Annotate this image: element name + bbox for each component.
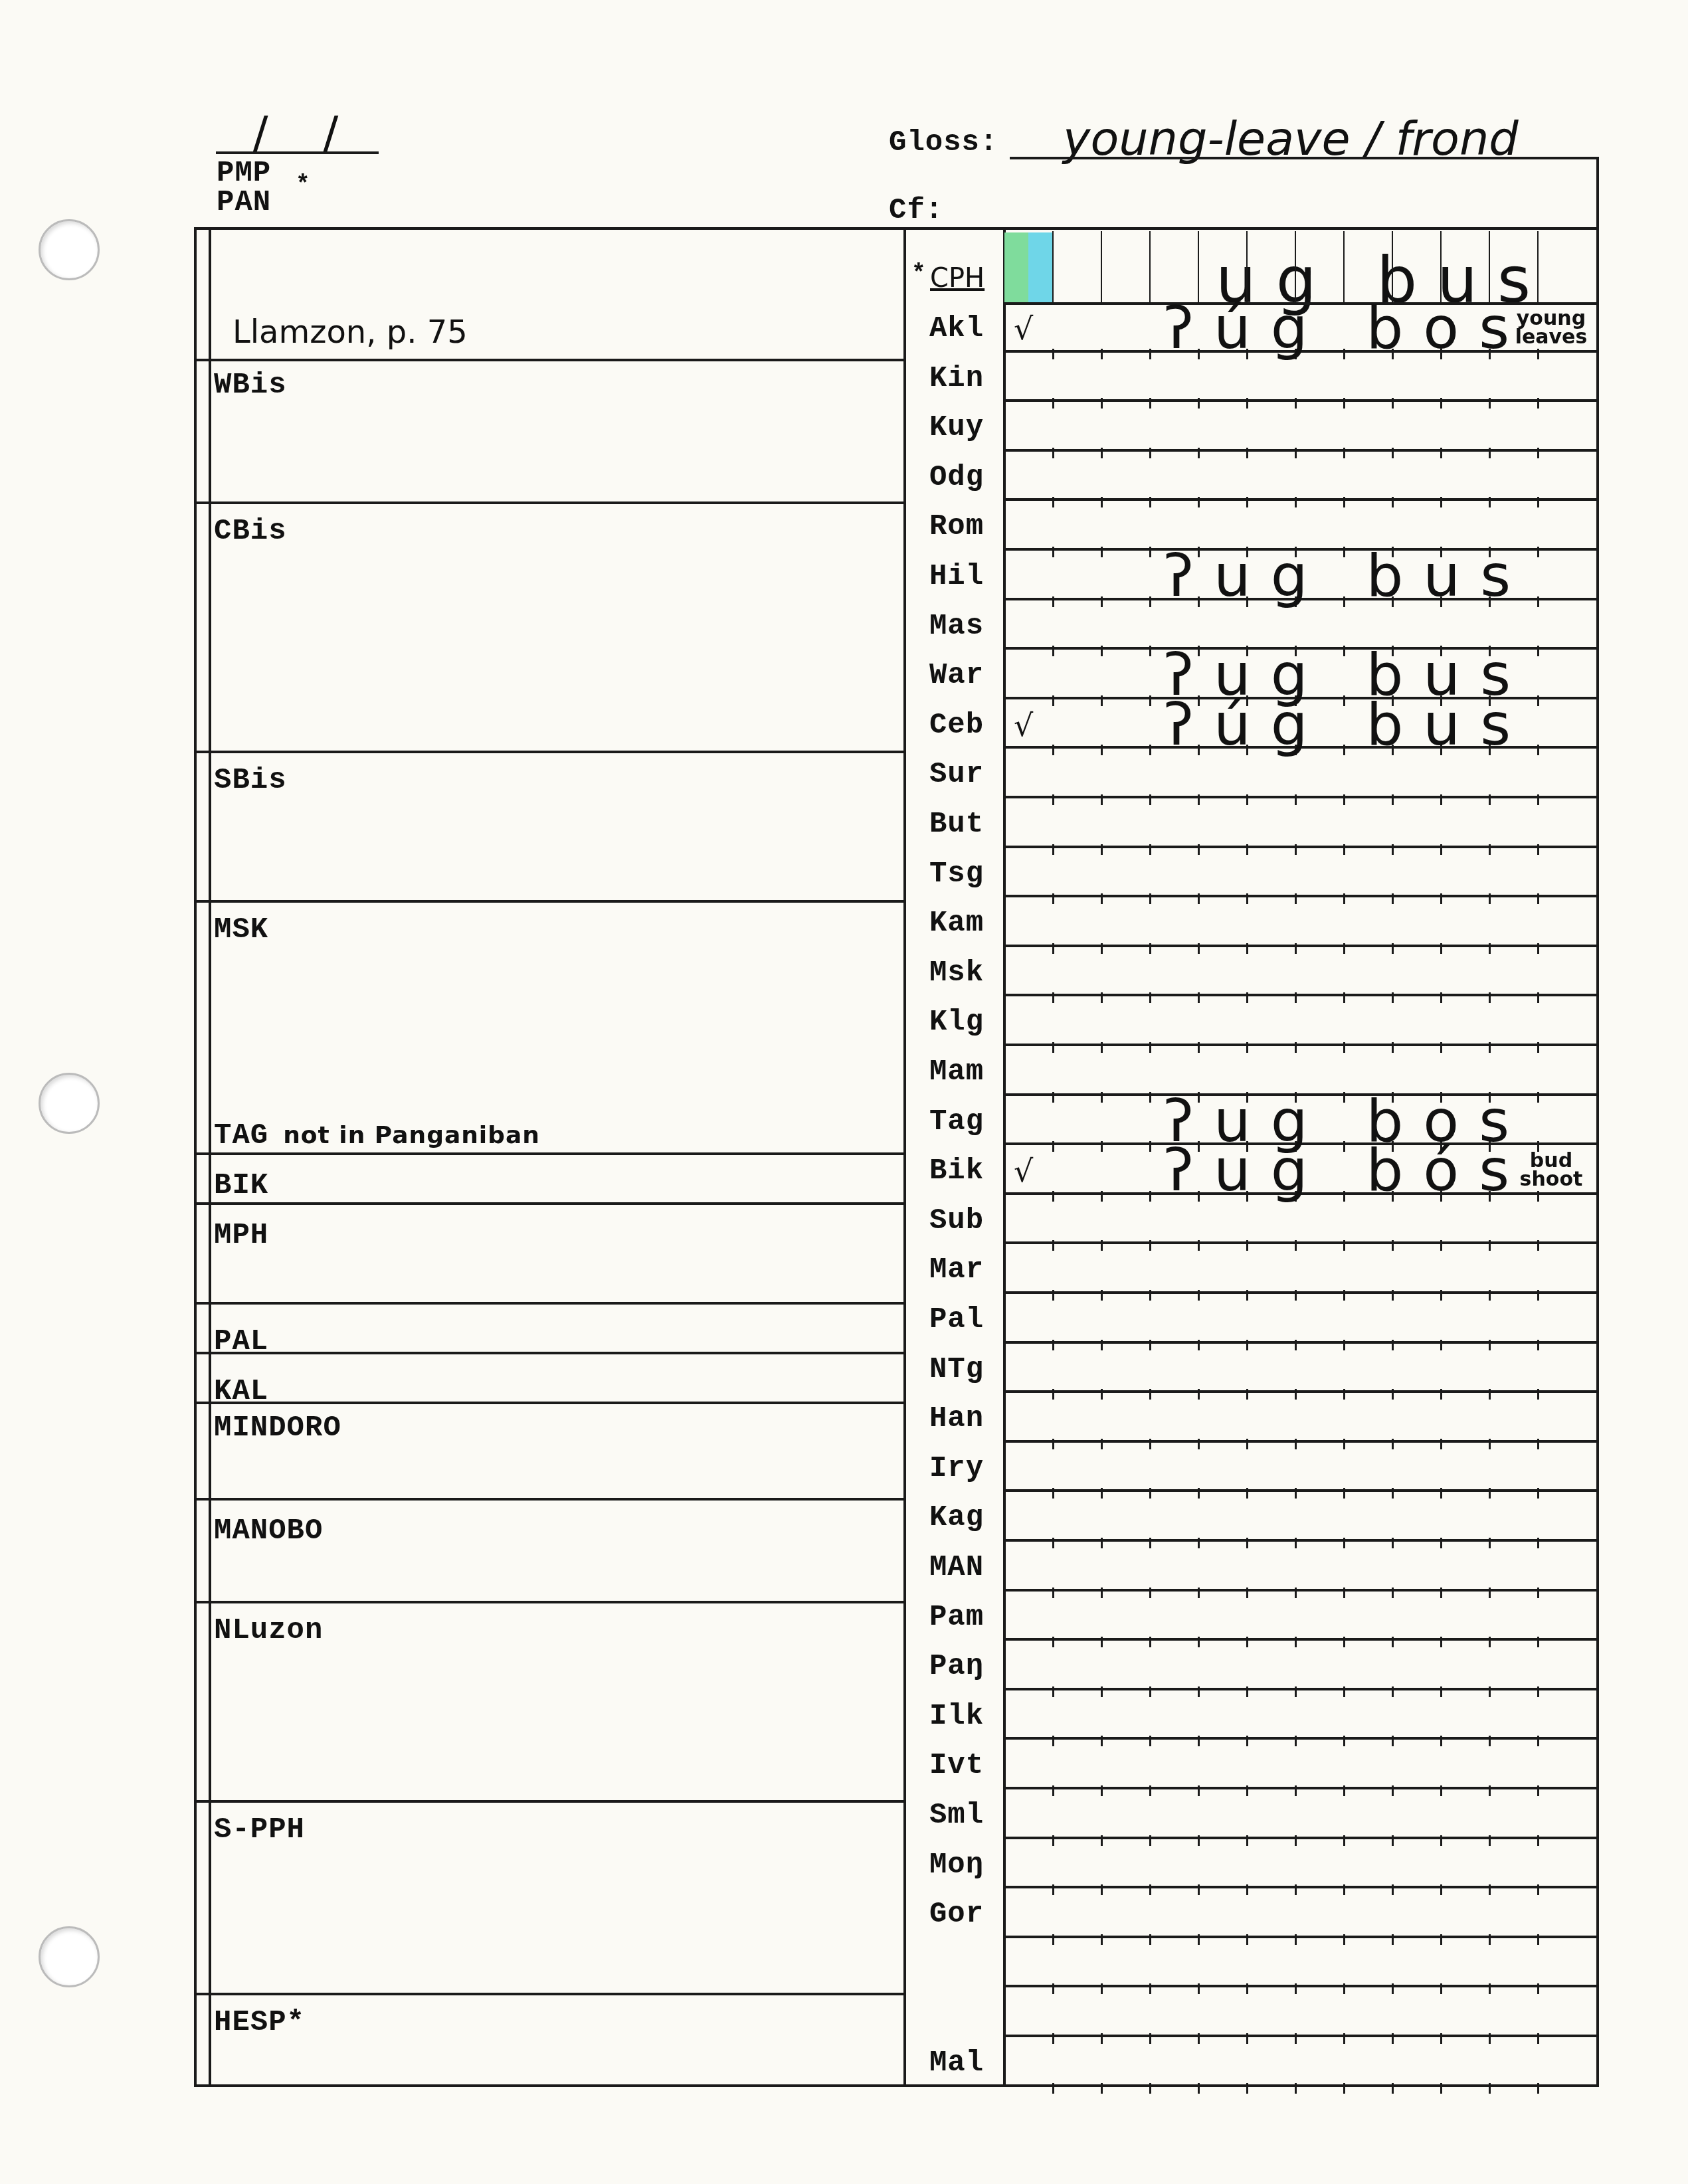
tick-mark	[1246, 497, 1248, 507]
tick-mark	[1537, 596, 1539, 607]
tick-mark	[1489, 1240, 1491, 1251]
entry-line[interactable]	[1003, 1638, 1598, 1641]
pmp-label: PMP	[217, 157, 271, 190]
group-divider	[194, 1302, 905, 1305]
tick-mark	[1295, 1934, 1297, 1945]
tick-mark	[1489, 1983, 1491, 1994]
tick-mark	[1295, 497, 1297, 507]
tick-mark	[1489, 1884, 1491, 1895]
tick-mark	[1101, 794, 1103, 805]
tick-mark	[1537, 893, 1539, 904]
group-label-kal: KAL	[214, 1375, 268, 1408]
tick-mark	[1343, 1686, 1345, 1697]
entry-line[interactable]	[1003, 1688, 1598, 1690]
tick-mark	[1440, 1637, 1442, 1647]
tick-mark	[1489, 497, 1491, 507]
tick-mark	[1101, 1290, 1103, 1301]
entry-line[interactable]	[1003, 1837, 1598, 1839]
tick-mark	[1489, 1588, 1491, 1598]
group-label-cbis: CBis	[214, 515, 287, 548]
tick-mark	[1392, 1686, 1394, 1697]
lang-label-odg: Odg	[903, 461, 1010, 494]
source-note: Llamzon, p. 75	[233, 314, 468, 351]
tick-mark	[1489, 1439, 1491, 1449]
tick-mark	[1101, 1538, 1103, 1548]
entry-line[interactable]	[1003, 1489, 1598, 1492]
tick-mark	[1052, 1588, 1054, 1598]
tick-mark	[1537, 844, 1539, 855]
tick-mark	[1149, 1141, 1151, 1152]
lang-label-mas: Mas	[903, 610, 1010, 643]
tick-mark	[1440, 1934, 1442, 1945]
tick-mark	[1343, 497, 1345, 507]
entry-line[interactable]	[1003, 1936, 1598, 1938]
reflex-form[interactable]: ʔúg bos	[1164, 294, 1529, 362]
cell-divider	[1392, 231, 1393, 303]
entry-line[interactable]	[1003, 1291, 1598, 1294]
lang-label-han: Han	[903, 1402, 1010, 1435]
tick-mark	[1343, 1835, 1345, 1846]
tick-mark	[1101, 1588, 1103, 1598]
tick-mark	[1149, 1983, 1151, 1994]
tick-mark	[1440, 1389, 1442, 1400]
tick-mark	[1440, 1736, 1442, 1746]
cell-divider	[1246, 231, 1248, 303]
tick-mark	[1537, 695, 1539, 706]
tick-mark	[1295, 1884, 1297, 1895]
tick-mark	[1440, 448, 1442, 458]
tick-mark	[1392, 1736, 1394, 1746]
tick-mark	[1052, 943, 1054, 954]
group-label-nluzon: NLuzon	[214, 1614, 323, 1647]
tick-mark	[1149, 1092, 1151, 1103]
entry-line[interactable]	[1003, 399, 1598, 402]
tick-mark	[1295, 1588, 1297, 1598]
tick-mark	[1052, 1092, 1054, 1103]
tick-mark	[1537, 2083, 1539, 2094]
tick-mark	[1101, 1240, 1103, 1251]
cell-divider	[1295, 231, 1296, 303]
tick-mark	[1149, 497, 1151, 507]
entry-line[interactable]	[1003, 2035, 1598, 2037]
tick-mark	[1295, 2033, 1297, 2044]
tick-mark	[1343, 2083, 1345, 2094]
entry-line[interactable]	[1003, 945, 1598, 947]
tick-mark	[1149, 1785, 1151, 1796]
tick-mark	[1198, 1439, 1200, 1449]
tick-mark	[1246, 2033, 1248, 2044]
tick-mark	[1343, 1290, 1345, 1301]
tick-mark	[1537, 1191, 1539, 1202]
tick-mark	[1537, 1290, 1539, 1301]
group-divider	[194, 1352, 905, 1354]
tick-mark	[1440, 794, 1442, 805]
entry-line[interactable]	[1003, 1341, 1598, 1344]
tick-mark	[1052, 1785, 1054, 1796]
lang-label-gor: Gor	[903, 1898, 1010, 1931]
tick-mark	[1246, 1785, 1248, 1796]
tick-mark	[1343, 1439, 1345, 1449]
entry-line[interactable]	[1003, 1737, 1598, 1740]
tick-mark	[1052, 1439, 1054, 1449]
tick-mark	[1246, 398, 1248, 409]
tick-mark	[1052, 2083, 1054, 2094]
tick-mark	[1392, 1637, 1394, 1647]
group-divider	[194, 900, 905, 903]
tick-mark	[1149, 1538, 1151, 1548]
tick-mark	[1537, 1686, 1539, 1697]
tick-mark	[1343, 1785, 1345, 1796]
tick-mark	[1246, 1835, 1248, 1846]
lang-label-man: MAN	[903, 1551, 1010, 1584]
lang-label-iry: Iry	[903, 1452, 1010, 1485]
tick-mark	[1295, 1488, 1297, 1499]
entry-line[interactable]	[1003, 1241, 1598, 1244]
tick-mark	[1052, 398, 1054, 409]
cell-divider	[1149, 231, 1151, 303]
tick-mark	[1537, 992, 1539, 1003]
tick-mark	[1392, 794, 1394, 805]
entry-line[interactable]	[1003, 796, 1598, 798]
group-label-msk: MSK	[214, 913, 268, 947]
gloss-underline	[1010, 157, 1598, 159]
tick-mark	[1246, 1736, 1248, 1746]
tick-mark	[1101, 2033, 1103, 2044]
tick-mark	[1295, 943, 1297, 954]
tick-mark	[1343, 943, 1345, 954]
lang-label-kin: Kin	[903, 362, 1010, 395]
tick-mark	[1537, 745, 1539, 755]
group-divider	[194, 1152, 905, 1155]
tick-mark	[1246, 992, 1248, 1003]
entry-line[interactable]	[1003, 895, 1598, 897]
tick-mark	[1101, 992, 1103, 1003]
lang-label-akl: Akl	[903, 312, 1010, 345]
tick-mark	[1149, 1637, 1151, 1647]
tick-mark	[1052, 1042, 1054, 1053]
tick-mark	[1343, 398, 1345, 409]
tick-mark	[1537, 1340, 1539, 1350]
tick-mark	[1101, 349, 1103, 359]
lang-label-ivt: Ivt	[903, 1749, 1010, 1782]
lang-label-mam: Mam	[903, 1055, 1010, 1089]
tick-mark	[1052, 745, 1054, 755]
entry-line[interactable]	[1003, 846, 1598, 848]
tick-mark	[1101, 1389, 1103, 1400]
tick-mark	[1198, 1884, 1200, 1895]
tick-mark	[1101, 1934, 1103, 1945]
tick-mark	[1198, 1637, 1200, 1647]
cell-divider	[1052, 231, 1054, 303]
tick-mark	[1537, 2033, 1539, 2044]
tick-mark	[1101, 448, 1103, 458]
tick-mark	[1392, 1884, 1394, 1895]
gloss-label: Gloss:	[889, 126, 998, 159]
tick-mark	[1198, 1389, 1200, 1400]
tick-mark	[1149, 1488, 1151, 1499]
tick-mark	[1149, 1835, 1151, 1846]
entry-line[interactable]	[1003, 1539, 1598, 1542]
proto-label: CPH	[930, 263, 985, 294]
cell-divider	[1343, 231, 1345, 303]
tick-mark	[1343, 1934, 1345, 1945]
tick-mark	[1198, 1240, 1200, 1251]
tick-mark	[1246, 794, 1248, 805]
tick-mark	[1295, 1538, 1297, 1548]
tick-mark	[1295, 1290, 1297, 1301]
tick-mark	[1392, 1785, 1394, 1796]
binder-hole	[39, 1073, 100, 1134]
tick-mark	[1343, 1983, 1345, 1994]
tick-mark	[1343, 1488, 1345, 1499]
tick-mark	[1392, 1488, 1394, 1499]
tick-mark	[1295, 1439, 1297, 1449]
tick-mark	[1537, 943, 1539, 954]
lang-label-tsg: Tsg	[903, 858, 1010, 891]
tick-mark	[1149, 1191, 1151, 1202]
tick-mark	[1343, 1240, 1345, 1251]
tick-mark	[1052, 1934, 1054, 1945]
tick-mark	[1537, 448, 1539, 458]
tick-mark	[1392, 2033, 1394, 2044]
tick-mark	[1246, 1290, 1248, 1301]
tick-mark	[1537, 1785, 1539, 1796]
lang-label-ceb: Ceb	[903, 709, 1010, 742]
tick-mark	[1295, 844, 1297, 855]
tick-mark	[1198, 1736, 1200, 1746]
group-divider	[194, 751, 905, 753]
tick-mark	[1149, 893, 1151, 904]
tick-mark	[1440, 992, 1442, 1003]
binder-hole	[39, 1926, 100, 1987]
group-divider	[194, 1993, 905, 1995]
tick-mark	[1295, 794, 1297, 805]
tick-mark	[1489, 1835, 1491, 1846]
reflex-form[interactable]: ʔúg bus	[1164, 690, 1531, 759]
tick-mark	[1052, 1240, 1054, 1251]
tick-mark	[1489, 398, 1491, 409]
tick-mark	[1101, 844, 1103, 855]
tick-mark	[1440, 2033, 1442, 2044]
entry-line[interactable]	[1003, 1985, 1598, 1987]
tick-mark	[1537, 1042, 1539, 1053]
tick-mark	[1392, 1934, 1394, 1945]
lang-label-kuy: Kuy	[903, 411, 1010, 444]
tick-mark	[1101, 1439, 1103, 1449]
tick-mark	[1537, 794, 1539, 805]
tick-mark	[1246, 1588, 1248, 1598]
tick-mark	[1101, 1983, 1103, 1994]
tick-mark	[1101, 1884, 1103, 1895]
entry-line[interactable]	[1003, 498, 1598, 501]
right-border-top	[1596, 157, 1599, 231]
tick-mark	[1537, 1736, 1539, 1746]
tick-mark	[1149, 695, 1151, 706]
lang-label-kam: Kam	[903, 907, 1010, 940]
tick-mark	[1295, 1983, 1297, 1994]
pan-label: PAN	[217, 186, 271, 219]
tick-mark	[1246, 1637, 1248, 1647]
entry-line[interactable]	[1003, 1390, 1598, 1393]
tick-mark	[1246, 1240, 1248, 1251]
tick-mark	[1198, 844, 1200, 855]
tick-mark	[1343, 1042, 1345, 1053]
tick-mark	[1537, 349, 1539, 359]
entry-line[interactable]	[1003, 449, 1598, 452]
left-border-inner	[209, 227, 211, 2087]
tick-mark	[1295, 1340, 1297, 1350]
lang-label-moŋ: Moŋ	[903, 1849, 1010, 1882]
tick-mark	[1052, 1736, 1054, 1746]
tick-mark	[1440, 1835, 1442, 1846]
tick-mark	[1246, 1538, 1248, 1548]
tick-mark	[1392, 1240, 1394, 1251]
tick-mark	[1149, 745, 1151, 755]
tick-mark	[1392, 992, 1394, 1003]
tick-mark	[1440, 1538, 1442, 1548]
tick-mark	[1052, 596, 1054, 607]
tick-mark	[1198, 893, 1200, 904]
cell-divider	[1101, 231, 1102, 303]
cell-divider	[1440, 231, 1442, 303]
tick-mark	[1392, 1538, 1394, 1548]
entry-line[interactable]	[1003, 1589, 1598, 1592]
tick-mark	[1537, 1488, 1539, 1499]
cf-label: Cf:	[889, 194, 943, 227]
tick-mark	[1246, 1488, 1248, 1499]
tick-mark	[1295, 992, 1297, 1003]
tick-mark	[1489, 1785, 1491, 1796]
tick-mark	[1246, 844, 1248, 855]
tick-mark	[1489, 1340, 1491, 1350]
tick-mark	[1343, 448, 1345, 458]
tick-mark	[1052, 1488, 1054, 1499]
entry-line[interactable]	[1003, 994, 1598, 996]
tick-mark	[1246, 1042, 1248, 1053]
lang-label-but: But	[903, 808, 1010, 841]
tick-mark	[1101, 943, 1103, 954]
tick-mark	[1343, 1637, 1345, 1647]
tick-mark	[1101, 745, 1103, 755]
entry-line[interactable]	[1003, 1044, 1598, 1046]
lang-label-sml: Sml	[903, 1799, 1010, 1832]
tick-mark	[1149, 1340, 1151, 1350]
tick-mark	[1052, 646, 1054, 656]
reflex-form[interactable]: ʔug bós	[1164, 1136, 1529, 1204]
tick-mark	[1537, 1835, 1539, 1846]
tick-mark	[1392, 497, 1394, 507]
tick-mark	[1343, 794, 1345, 805]
tick-mark	[1149, 1290, 1151, 1301]
table-top-border	[194, 227, 1599, 230]
lang-label-tag: Tag	[903, 1105, 1010, 1138]
tick-mark	[1537, 1637, 1539, 1647]
tick-mark	[1440, 1785, 1442, 1796]
entry-line[interactable]	[1003, 1787, 1598, 1789]
tick-mark	[1489, 1686, 1491, 1697]
group-label-spph: S-PPH	[214, 1813, 305, 1847]
entry-line[interactable]	[1003, 1440, 1598, 1443]
tick-mark	[1052, 497, 1054, 507]
tick-mark	[1440, 1439, 1442, 1449]
lang-label-ilk: Ilk	[903, 1700, 1010, 1733]
tick-mark	[1392, 2083, 1394, 2094]
lang-label-ntg: NTg	[903, 1353, 1010, 1386]
tick-mark	[1198, 448, 1200, 458]
proto-highlight	[1004, 232, 1052, 304]
lang-label-msk: Msk	[903, 956, 1010, 990]
right-border	[1596, 227, 1599, 2087]
tick-mark	[1052, 448, 1054, 458]
tick-mark	[1101, 646, 1103, 656]
tick-mark	[1343, 1538, 1345, 1548]
tick-mark	[1392, 1588, 1394, 1598]
tick-mark	[1052, 1290, 1054, 1301]
tick-mark	[1246, 448, 1248, 458]
tick-mark	[1392, 1389, 1394, 1400]
tick-mark	[1052, 1686, 1054, 1697]
tick-mark	[1489, 1488, 1491, 1499]
lang-label-sub: Sub	[903, 1204, 1010, 1237]
left-border-outer	[194, 227, 197, 2087]
tick-mark	[1440, 1686, 1442, 1697]
entry-line[interactable]	[1003, 1886, 1598, 1888]
tick-mark	[1198, 1686, 1200, 1697]
group-label-sbis: SBis	[214, 764, 287, 797]
tick-mark	[1440, 497, 1442, 507]
tick-mark	[1149, 844, 1151, 855]
lang-label-pam: Pam	[903, 1601, 1010, 1634]
tick-mark	[1295, 1389, 1297, 1400]
tick-mark	[1149, 448, 1151, 458]
group-label-mindoro: MINDORO	[214, 1411, 341, 1445]
tick-mark	[1440, 1340, 1442, 1350]
tick-mark	[1101, 596, 1103, 607]
tick-mark	[1489, 1736, 1491, 1746]
group-divider	[194, 1601, 905, 1603]
tick-mark	[1246, 2083, 1248, 2094]
tick-mark	[1149, 1439, 1151, 1449]
entry-line[interactable]	[1003, 2084, 1598, 2087]
tick-mark	[1149, 1240, 1151, 1251]
tick-mark	[1149, 398, 1151, 409]
tick-mark	[1198, 398, 1200, 409]
tick-mark	[1198, 1042, 1200, 1053]
tick-mark	[1537, 1884, 1539, 1895]
lang-label-war: War	[903, 659, 1010, 692]
reflex-form[interactable]: ʔug bus	[1164, 541, 1531, 610]
tick-mark	[1343, 2033, 1345, 2044]
tick-mark	[1489, 1389, 1491, 1400]
tick-mark	[1198, 1835, 1200, 1846]
tick-mark	[1537, 398, 1539, 409]
tick-mark	[1343, 1736, 1345, 1746]
tick-mark	[1052, 695, 1054, 706]
check-mark-icon: √	[1014, 707, 1033, 743]
tick-mark	[1440, 1983, 1442, 1994]
tick-mark	[1052, 1884, 1054, 1895]
tick-mark	[1198, 1785, 1200, 1796]
tick-mark	[1440, 1240, 1442, 1251]
tick-mark	[1149, 794, 1151, 805]
tick-mark	[1101, 1835, 1103, 1846]
tick-mark	[1198, 794, 1200, 805]
tick-mark	[1440, 943, 1442, 954]
lang-label-kag: Kag	[903, 1501, 1010, 1534]
group-label-mph: MPH	[214, 1219, 268, 1252]
tick-mark	[1052, 547, 1054, 557]
tick-mark	[1440, 1290, 1442, 1301]
